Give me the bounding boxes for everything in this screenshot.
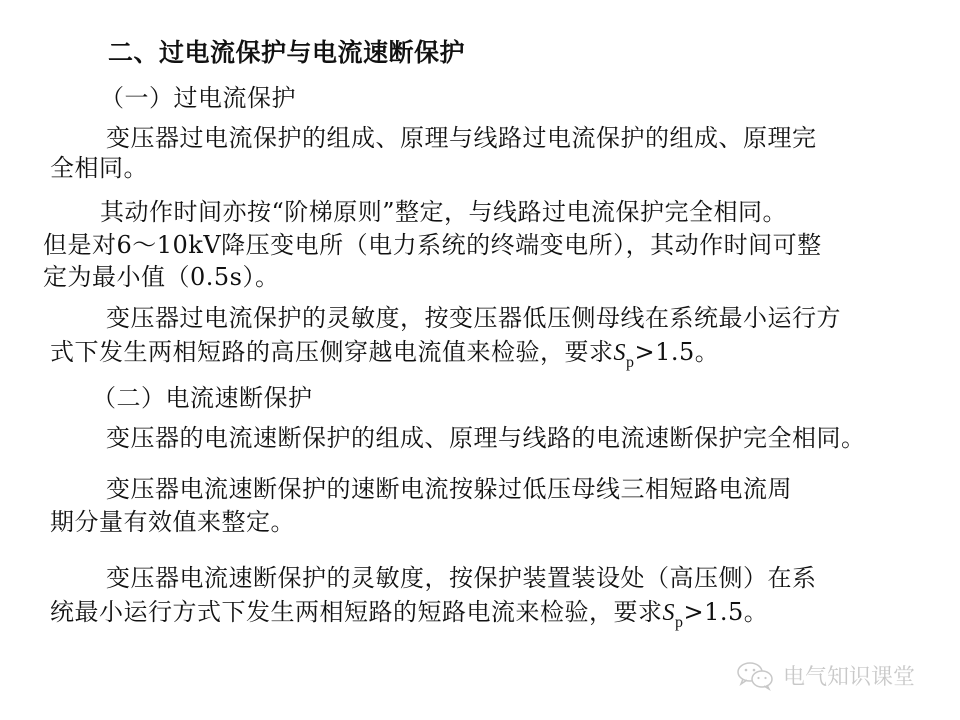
paragraph-line: 变压器的电流速断保护的组成、原理与线路的电流速断保护完全相同。 — [106, 423, 866, 453]
paragraph-line: 期分量有效值来整定。 — [50, 507, 295, 537]
paragraph-text: 统最小运行方式下发生两相短路的短路电流来检验，要求 — [50, 598, 663, 626]
sensitivity-requirement: >1.5。 — [635, 338, 720, 366]
sensitivity-subscript: p — [675, 614, 684, 631]
paragraph-line: 变压器过电流保护的组成、原理与线路过电流保护的组成、原理完 — [106, 123, 817, 153]
sensitivity-requirement: >1.5。 — [684, 598, 769, 626]
paragraph-text: 式下发生两相短路的高压侧穿越电流值来检验，要求 — [50, 338, 614, 366]
sensitivity-symbol: S — [663, 600, 676, 626]
section-title-instantaneous: （二）电流速断保护 — [92, 383, 313, 413]
paragraph-line: 式下发生两相短路的高压侧穿越电流值来检验，要求Sp>1.5。 — [50, 337, 719, 371]
sensitivity-symbol: S — [614, 340, 627, 366]
paragraph-line: 定为最小值（0.5s）。 — [43, 262, 279, 292]
paragraph-line: 变压器电流速断保护的速断电流按躲过低压母线三相短路电流周 — [106, 474, 792, 504]
paragraph-line: 全相同。 — [50, 153, 148, 183]
wechat-icon — [735, 661, 775, 691]
sensitivity-subscript: p — [626, 354, 635, 371]
paragraph-line: 但是对6～10kV降压变电所（电力系统的终端变电所），其动作时间可整 — [43, 230, 822, 260]
paragraph-line: 变压器过电流保护的灵敏度，按变压器低压侧母线在系统最小运行方 — [106, 303, 841, 333]
paragraph-line: 其动作时间亦按“阶梯原则”整定，与线路过电流保护完全相同。 — [100, 197, 787, 227]
page-title: 二、过电流保护与电流速断保护 — [108, 38, 465, 68]
section-title-overcurrent: （一）过电流保护 — [100, 83, 296, 113]
watermark-text: 电气知识课堂 — [783, 660, 915, 691]
paragraph-line: 统最小运行方式下发生两相短路的短路电流来检验，要求Sp>1.5。 — [50, 597, 768, 631]
watermark: 电气知识课堂 — [735, 660, 915, 691]
paragraph-line: 变压器电流速断保护的灵敏度，按保护装置装设处（高压侧）在系 — [106, 563, 817, 593]
